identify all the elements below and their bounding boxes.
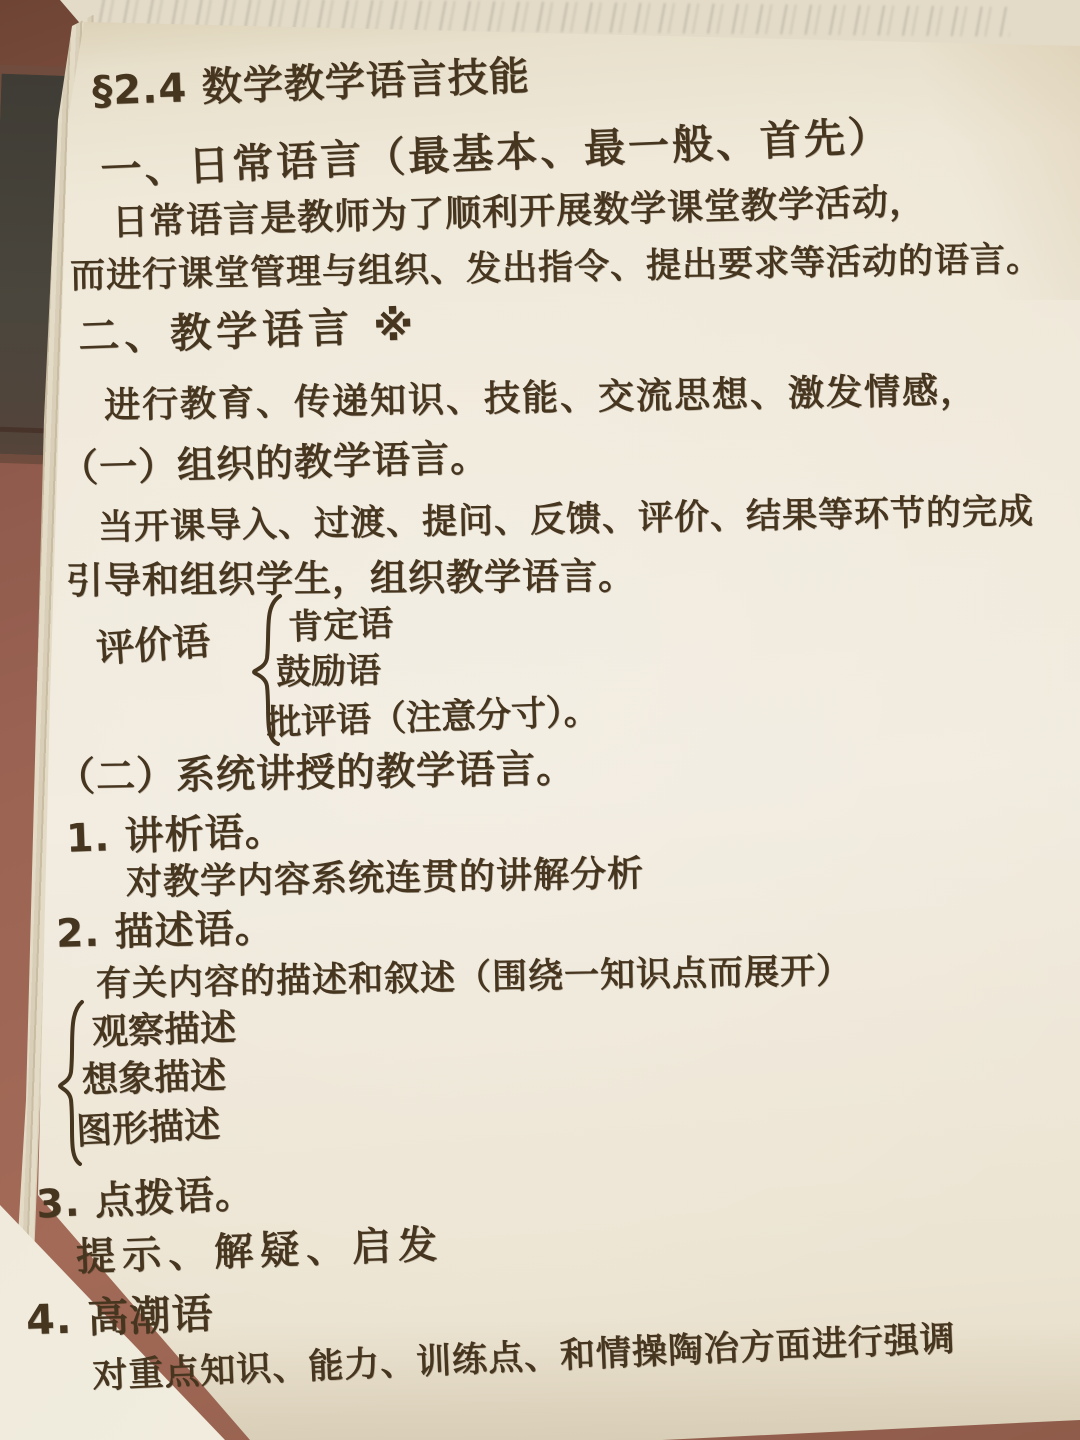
note-title: §2.4 数学教学语言技能 — [91, 44, 531, 116]
note-item-2: 2. 描述语。 — [55, 897, 275, 959]
note-line: 对教学内容系统连贯的讲解分析 — [126, 845, 645, 905]
note-line: 进行教育、传递知识、技能、交流思想、激发情感， — [104, 362, 979, 428]
evaluation-item: 鼓励语 — [276, 643, 382, 695]
photo-of-handwritten-notes: { "note": { "title": "§2.4 数学教学语言技能", "l… — [0, 0, 1080, 1440]
evaluation-item: 批评语（注意分寸）。 — [265, 684, 599, 746]
note-item-4: 4. 高潮语 — [25, 1281, 214, 1347]
note-subheading-2: （二）系统讲授的教学语言。 — [56, 737, 577, 802]
description-types-group: 观察描述 想象描述 图形描述 — [52, 998, 392, 1168]
note-line: 当开课导入、过渡、提问、反馈、评价、结果等环节的完成 — [98, 484, 1035, 550]
handwritten-notes: §2.4 数学教学语言技能 一、日常语言（最基本、最一般、首先） 日常语言是教师… — [0, 0, 1080, 1440]
description-item: 想象描述 — [81, 1048, 227, 1104]
evaluation-language-group: 评价语 肯定语 鼓励语 批评语（注意分寸）。 — [96, 596, 616, 746]
note-line: 提示、解疑、启发 — [75, 1214, 445, 1283]
note-line: 对重点知识、能力、训练点、和情操陶冶方面进行强调 — [91, 1311, 956, 1399]
note-subheading-1: （一）组织的教学语言。 — [59, 426, 489, 492]
evaluation-item: 肯定语 — [287, 596, 394, 650]
note-item-3: 3. 点拨语。 — [35, 1162, 256, 1229]
note-heading-2: 二、教学语言 ※ — [77, 292, 419, 363]
evaluation-group-label: 评价语 — [94, 610, 212, 673]
description-item: 图形描述 — [75, 1096, 221, 1154]
